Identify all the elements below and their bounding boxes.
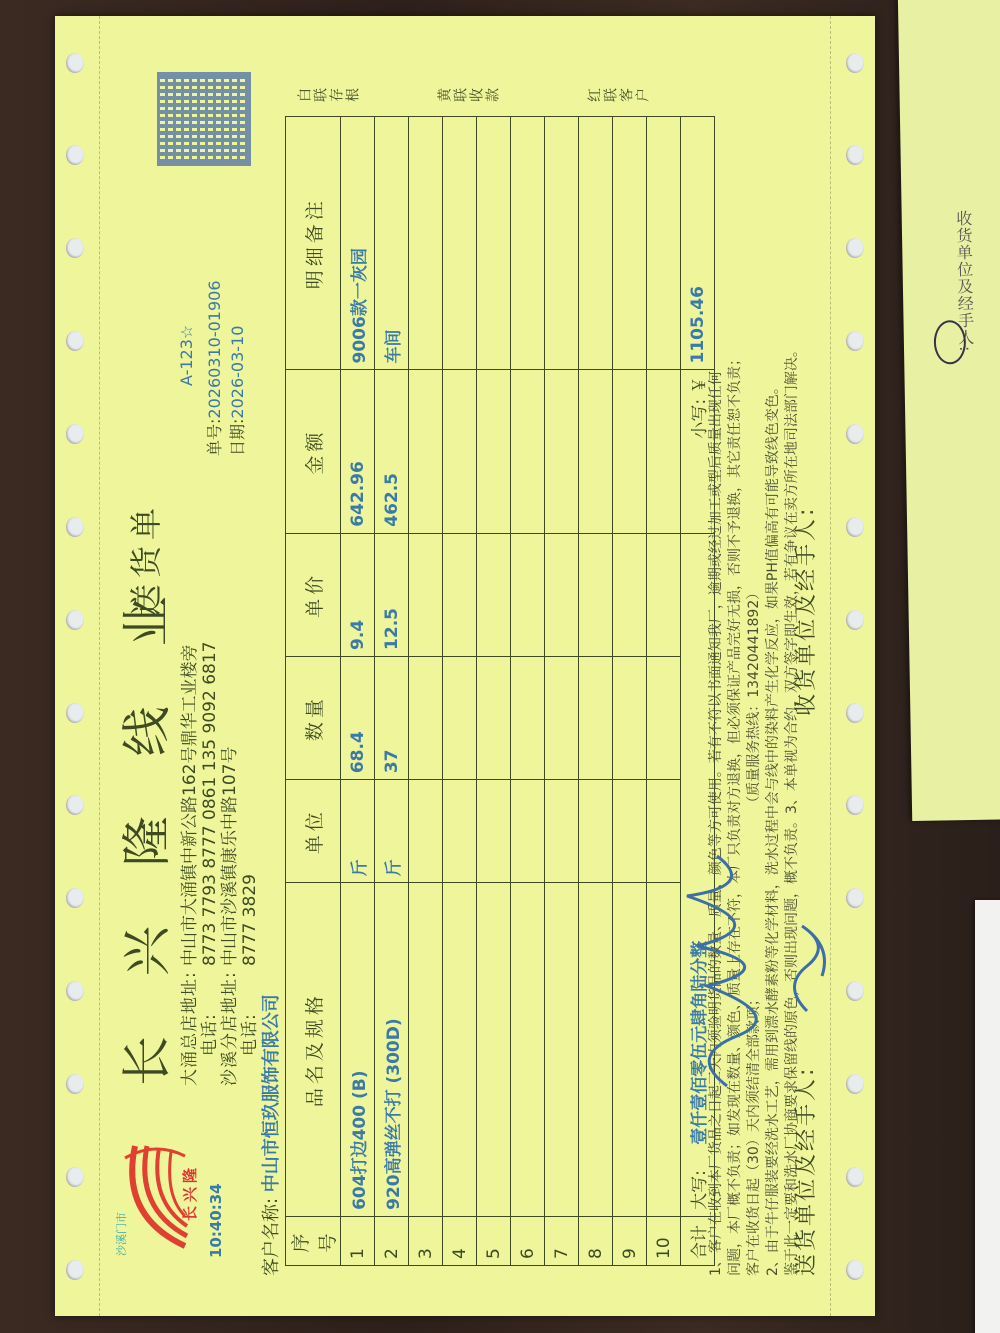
order-number: 20260310-01906	[205, 280, 224, 418]
col-price: 单价	[286, 533, 341, 656]
table-row: 6	[511, 117, 545, 1266]
col-no: 序号	[286, 1216, 341, 1265]
table-row: 8	[579, 117, 613, 1266]
copy-label-yellow: 黄联收款	[437, 86, 501, 106]
table-row: 5	[477, 117, 511, 1266]
branch-phone: 8777 3829	[240, 874, 260, 966]
feed-holes-bottom	[835, 16, 875, 1316]
background-white-paper	[975, 900, 1000, 1333]
customer-name: 中山市恒玖服饰有限公司	[261, 994, 282, 1192]
table-row: 2 920高弹丝不打 (300D) 斤 37 12.5 462.5 车间	[375, 117, 409, 1266]
company-name: 长 兴 隆 线 业	[107, 574, 179, 1086]
receipt-header: 沙溪门市 长兴隆 10:40:34 长 兴 隆 线 业 送货单 大涌总店地址:中…	[107, 56, 257, 1276]
col-unit: 单位	[286, 780, 341, 883]
date-line: 日期:2026-03-10	[225, 326, 248, 456]
table-row: 3	[409, 117, 443, 1266]
document-title: 送货单	[121, 502, 167, 616]
col-amount: 金额	[286, 370, 341, 533]
brand-logo-icon	[115, 1136, 215, 1256]
customer-line: 客户名称: 中山市恒玖服饰有限公司	[257, 994, 283, 1276]
qr-code-icon	[157, 72, 251, 166]
brand-logo-text: 长兴隆	[179, 1164, 200, 1221]
receiver-signature-label: 收货单位及经手人:	[789, 506, 820, 716]
delivery-note-sheet: 沙溪门市 长兴隆 10:40:34 长 兴 隆 线 业 送货单 大涌总店地址:中…	[55, 16, 875, 1316]
items-table: 序号 品名及规格 单位 数量 单价 金额 明细备注 1 604打边400 (B)…	[285, 116, 715, 1266]
col-note: 明细备注	[286, 117, 341, 370]
sender-signature-label: 送货单位及经手人:	[794, 1066, 819, 1276]
col-qty: 数量	[286, 656, 341, 779]
copy-label-red: 红联客户	[587, 86, 651, 106]
copy-label-white: 白联存根	[297, 86, 361, 106]
table-row: 4	[443, 117, 477, 1266]
sender-signature-scribble-icon	[777, 896, 837, 1016]
table-row: 7	[545, 117, 579, 1266]
delivery-note-photo: 沙溪门市 长兴隆 10:40:34 长 兴 隆 线 业 送货单 大涌总店地址:中…	[55, 0, 875, 1333]
order-date: 2026-03-10	[228, 326, 247, 419]
table-header-row: 序号 品名及规格 单位 数量 单价 金额 明细备注	[286, 117, 341, 1266]
print-time: 10:40:34	[207, 1183, 225, 1258]
form-code: A-123☆	[177, 325, 196, 386]
terms-text: 1、客户在收到本厂货品之日起三天内须验明货品的数量、质量、颜色等方可使用。若有不…	[707, 116, 802, 1276]
col-name: 品名及规格	[286, 883, 341, 1217]
table-row: 9	[613, 117, 647, 1266]
signature-row: 送货单位及经手人: 收货单位及经手人:	[789, 116, 820, 1276]
background-receipt-stack: 收货单位及经手人:	[898, 0, 1000, 821]
background-signature	[934, 320, 967, 365]
order-number-line: 单号:20260310-01906	[202, 280, 225, 456]
table-row: 1 604打边400 (B) 斤 68.4 9.4 642.96 9006款一灰…	[341, 117, 375, 1266]
feed-holes-top	[55, 16, 95, 1316]
